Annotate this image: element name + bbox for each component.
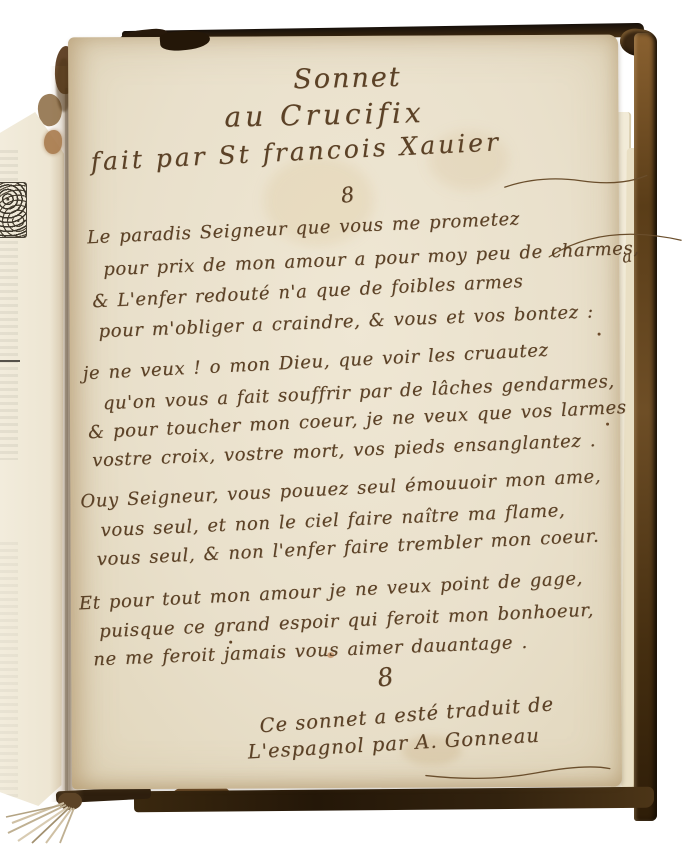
frayed-tassel (4, 793, 88, 845)
gutter-crease (65, 88, 68, 794)
printed-ornament (0, 182, 27, 238)
separator-glyph: 8 (375, 662, 395, 693)
binding-bottom-edge (134, 787, 654, 813)
show-through-print (0, 542, 18, 812)
flourish-swash (501, 170, 651, 193)
stain (44, 130, 62, 154)
flourish-underline (424, 765, 614, 784)
book-photo: Sonnet au Crucifix fait par St francois … (0, 0, 700, 848)
ink-speck (598, 333, 601, 336)
manuscript-page: Sonnet au Crucifix fait par St francois … (68, 35, 622, 790)
title-line-1: Sonnet (293, 62, 402, 95)
title-line-2: au Crucifix (224, 96, 425, 134)
printed-rule (0, 360, 20, 362)
leather-cover-edge (634, 33, 657, 821)
ink-speck (606, 423, 609, 426)
